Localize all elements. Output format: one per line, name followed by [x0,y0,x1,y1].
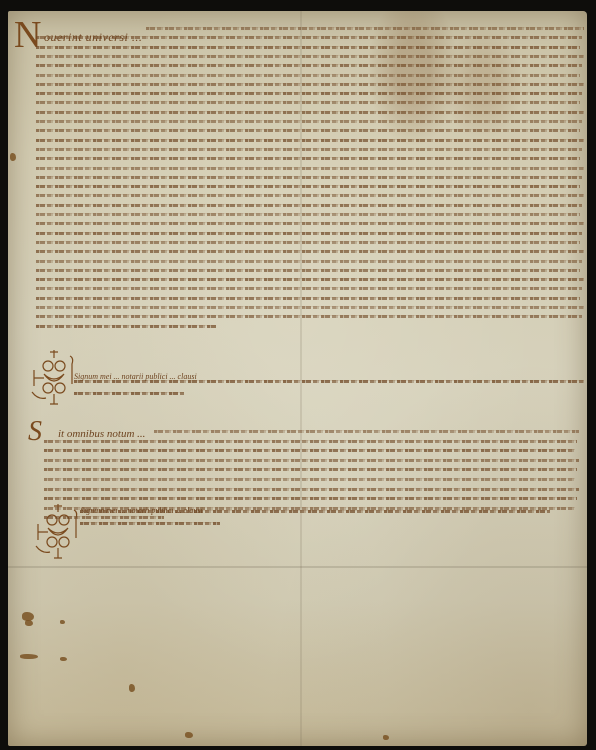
notarial-signum-icon [34,502,82,564]
stain [129,684,135,692]
handwritten-line [36,222,584,225]
handwritten-line [154,430,579,433]
handwritten-line [36,232,582,235]
handwritten-line [44,488,579,491]
handwritten-line [36,64,582,67]
handwritten-line [36,36,582,39]
handwritten-line [36,297,580,300]
handwritten-line [36,204,582,207]
handwritten-line [36,55,584,58]
handwritten-line [44,497,577,500]
handwritten-line [36,139,584,142]
handwritten-line [44,468,577,471]
handwritten-line [36,185,580,188]
handwritten-line [36,92,582,95]
handwritten-line [36,101,580,104]
decorated-initial-s: S [28,418,42,446]
handwritten-line [44,459,579,462]
handwritten-line [36,167,584,170]
handwritten-line [36,111,584,114]
handwritten-line [44,440,577,443]
handwritten-line [36,315,582,318]
stain [383,735,389,740]
handwritten-line [44,516,164,519]
handwritten-line [36,157,580,160]
handwritten-line [36,148,582,151]
handwritten-line [36,269,580,272]
handwritten-line [44,507,575,510]
handwritten-line [36,306,584,309]
handwritten-line [36,129,580,132]
stain [10,153,16,161]
handwritten-line [44,478,575,481]
fold-line [8,566,587,568]
handwritten-line [36,74,580,77]
stain [60,657,67,661]
handwritten-line [36,250,584,253]
handwritten-line [36,120,582,123]
stain [185,732,193,738]
handwritten-line [36,287,582,290]
second-instrument-incipit: it omnibus notum ... [58,428,145,440]
handwritten-line [36,83,584,86]
handwritten-line [44,449,575,452]
handwritten-line [36,194,584,197]
stain [60,620,65,624]
handwritten-line [36,260,582,263]
handwritten-line [36,176,582,179]
handwritten-line [36,213,580,216]
handwritten-line [36,46,580,49]
stain [25,620,33,626]
handwritten-line [146,27,584,30]
handwritten-line [36,278,584,281]
notarial-signum-icon [30,348,78,410]
stain [20,654,38,659]
handwritten-line [36,325,216,328]
handwritten-line [36,241,580,244]
